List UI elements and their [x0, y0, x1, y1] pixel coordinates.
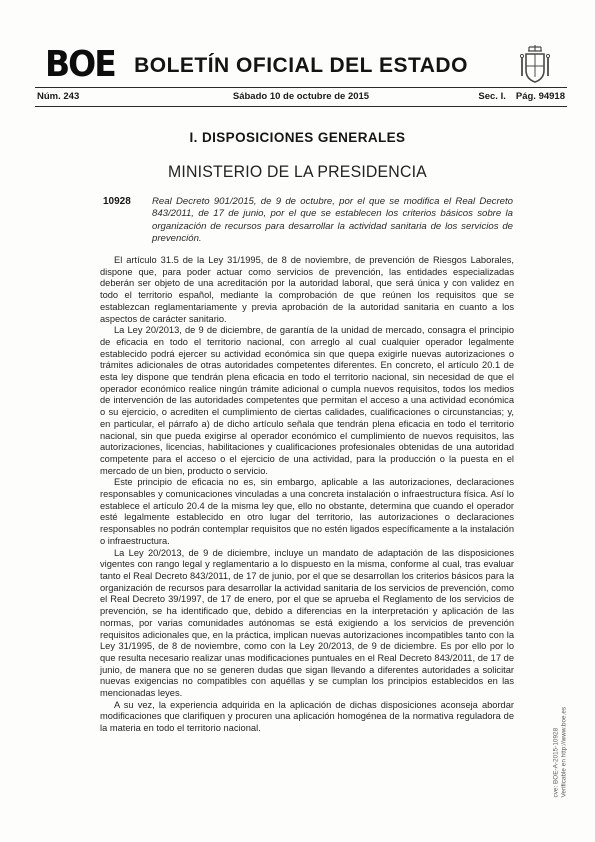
paragraph: El artículo 31.5 de la Ley 31/1995, de 8… — [100, 255, 514, 325]
issue-section-page: Sec. I.Pág. 94918 — [478, 91, 565, 102]
masthead: BOE BOLETÍN OFICIAL DEL ESTADO — [35, 44, 567, 92]
body-text: El artículo 31.5 de la Ley 31/1995, de 8… — [100, 255, 514, 735]
paragraph: La Ley 20/2013, de 9 de diciembre, inclu… — [100, 548, 514, 700]
item-number: 10928 — [103, 196, 140, 246]
page-title: BOLETÍN OFICIAL DEL ESTADO — [35, 54, 567, 78]
boe-page: BOE BOLETÍN OFICIAL DEL ESTADO Núm. 243 … — [0, 0, 595, 842]
ministry-heading: MINISTERIO DE LA PRESIDENCIA — [12, 163, 583, 182]
issue-section: Sec. I. — [478, 91, 505, 102]
paragraph: Este principio de eficacia no es, sin em… — [100, 477, 514, 547]
paragraph: La Ley 20/2013, de 9 de diciembre, de ga… — [100, 325, 514, 477]
issue-page-number: Pág. 94918 — [516, 91, 565, 102]
section-heading: I. DISPOSICIONES GENERALES — [0, 130, 595, 145]
spain-coat-of-arms-icon — [515, 42, 555, 92]
header-rule-bottom — [35, 106, 567, 107]
verification-url: Verificable en http://www.boe.es — [561, 686, 569, 798]
header-rule-top — [35, 87, 567, 88]
paragraph: A su vez, la experiencia adquirida en la… — [100, 700, 514, 735]
margin-verification-note: cve: BOE-A-2015-10928 Verificable en htt… — [553, 686, 570, 798]
cve-code: cve: BOE-A-2015-10928 — [553, 686, 561, 798]
disposition-item: 10928 Real Decreto 901/2015, de 9 de oct… — [103, 196, 513, 246]
item-title: Real Decreto 901/2015, de 9 de octubre, … — [152, 196, 513, 246]
